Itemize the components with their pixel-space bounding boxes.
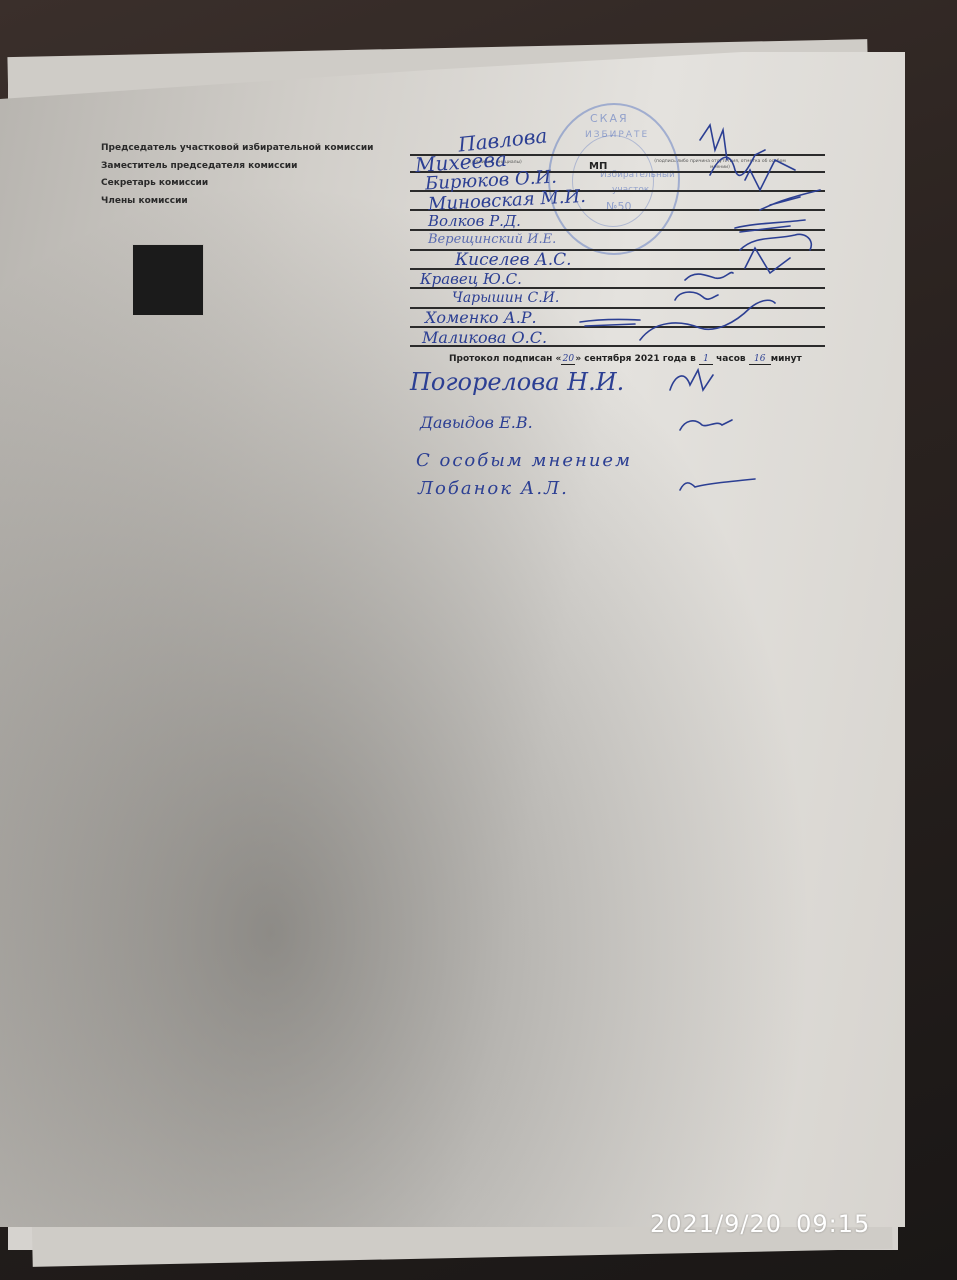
signature-mark <box>670 370 713 390</box>
signature-mark <box>680 479 755 490</box>
signature-mark <box>680 420 732 430</box>
signature-mark <box>745 248 790 273</box>
signature-mark <box>760 190 820 210</box>
camera-timestamp: 2021/9/2009:15 <box>650 1210 870 1238</box>
signature-mark <box>580 319 640 326</box>
signature-mark <box>740 234 811 250</box>
timestamp-date: 2021/9/20 <box>650 1210 782 1238</box>
signature-mark <box>640 300 775 340</box>
timestamp-time: 09:15 <box>796 1210 870 1238</box>
signature-mark <box>710 150 765 175</box>
signature-mark <box>735 220 805 232</box>
signature-mark <box>745 160 795 190</box>
signature-mark <box>685 272 733 280</box>
signature-mark <box>700 125 727 160</box>
signatures-layer <box>0 0 957 1280</box>
signature-mark <box>675 292 718 300</box>
